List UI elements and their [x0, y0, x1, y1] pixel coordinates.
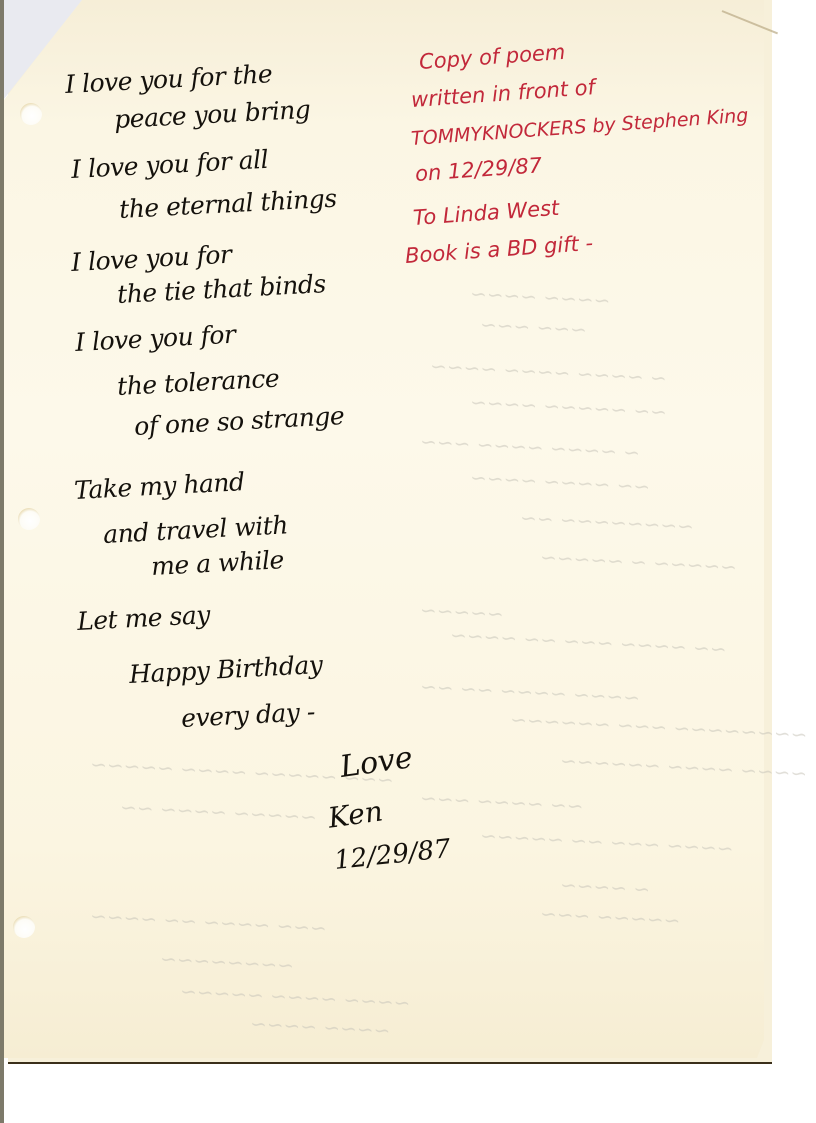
poem-line: I love you for — [70, 240, 232, 277]
poem-line: Take my hand — [73, 467, 245, 505]
signature-name: Ken — [326, 794, 385, 834]
poem-line: I love you for the — [64, 59, 272, 99]
punch-hole-bottom — [13, 916, 35, 938]
poem-line: peace you bring — [113, 95, 310, 134]
poem-line: I love you for all — [70, 145, 268, 184]
poem-line: me a while — [150, 545, 284, 581]
poem-line: I love you for — [74, 320, 236, 357]
poem-line: the eternal things — [118, 184, 337, 224]
poem-line: every day - — [180, 697, 315, 733]
poem: I love you for the peace you bring I lov… — [0, 0, 400, 900]
poem-line: Let me say — [76, 600, 210, 636]
poem-line: the tie that binds — [116, 269, 326, 309]
poem-line: Happy Birthday — [128, 650, 323, 689]
poem-line: of one so strange — [133, 401, 344, 441]
poem-line: and travel with — [102, 510, 288, 549]
poem-line: the tolerance — [116, 364, 279, 401]
